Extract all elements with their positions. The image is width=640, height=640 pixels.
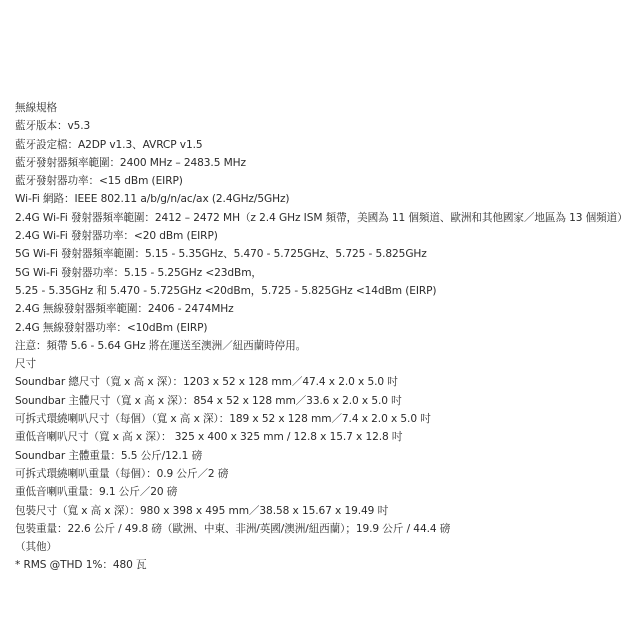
spec-subwoofer-weight: 重低音喇叭重量：9.1 公斤／20 磅 [15,483,635,501]
spec-wifi-24g-frequency: 2.4G Wi-Fi 發射器頻率範圍：2412 – 2472 MH（z 2.4 … [15,209,635,227]
spec-surround-speaker-weight: 可拆式環繞喇叭重量（每個）：0.9 公斤／2 磅 [15,465,635,483]
spec-subwoofer-size: 重低音喇叭尺寸（寬 x 高 x 深）： 325 x 400 x 325 mm /… [15,428,635,446]
spec-package-weight: 包裝重量：22.6 公斤 / 49.8 磅（歐洲、中東、非洲/英國/澳洲/紐西蘭… [15,520,635,538]
spec-bluetooth-frequency: 藍牙發射器頻率範圍：2400 MHz – 2483.5 MHz [15,154,635,172]
spec-note-band: 注意：頻帶 5.6 - 5.64 GHz 將在運送至澳洲／紐西蘭時停用。 [15,337,635,355]
spec-rms-power: * RMS @THD 1%：480 瓦 [15,556,635,574]
spec-soundbar-main-size: Soundbar 主體尺寸（寬 x 高 x 深）：854 x 52 x 128 … [15,392,635,410]
spec-wireless-24g-frequency: 2.4G 無線發射器頻率範圍：2406 - 2474MHz [15,300,635,318]
spec-wifi-24g-power: 2.4G Wi-Fi 發射器功率：<20 dBm (EIRP) [15,227,635,245]
spec-bluetooth-power: 藍牙發射器功率：<15 dBm (EIRP) [15,172,635,190]
spec-bluetooth-version: 藍牙版本：v5.3 [15,117,635,135]
spec-soundbar-total-size: Soundbar 總尺寸（寬 x 高 x 深）：1203 x 52 x 128 … [15,373,635,391]
spec-wifi-network: Wi-Fi 網路：IEEE 802.11 a/b/g/n/ac/ax (2.4G… [15,190,635,208]
spec-package-size: 包裝尺寸（寬 x 高 x 深）：980 x 398 x 495 mm／38.58… [15,502,635,520]
spec-surround-speaker-size: 可拆式環繞喇叭尺寸（每個）（寬 x 高 x 深）：189 x 52 x 128 … [15,410,635,428]
spec-sheet: 無線規格 藍牙版本：v5.3 藍牙設定檔：A2DP v1.3、AVRCP v1.… [15,99,635,575]
section-heading-wireless: 無線規格 [15,99,635,117]
spec-package-weight-cont: （其他） [15,538,635,556]
section-heading-dimensions: 尺寸 [15,355,635,373]
spec-wifi-5g-power: 5G Wi-Fi 發射器功率：5.15 - 5.25GHz <23dBm， [15,264,635,282]
spec-soundbar-main-weight: Soundbar 主體重量：5.5 公斤/12.1 磅 [15,447,635,465]
spec-bluetooth-profiles: 藍牙設定檔：A2DP v1.3、AVRCP v1.5 [15,136,635,154]
spec-wifi-5g-frequency: 5G Wi-Fi 發射器頻率範圍：5.15 - 5.35GHz、5.470 - … [15,245,635,263]
spec-wifi-5g-power-cont: 5.25 - 5.35GHz 和 5.470 - 5.725GHz <20dBm… [15,282,635,300]
spec-wireless-24g-power: 2.4G 無線發射器功率：<10dBm (EIRP) [15,319,635,337]
